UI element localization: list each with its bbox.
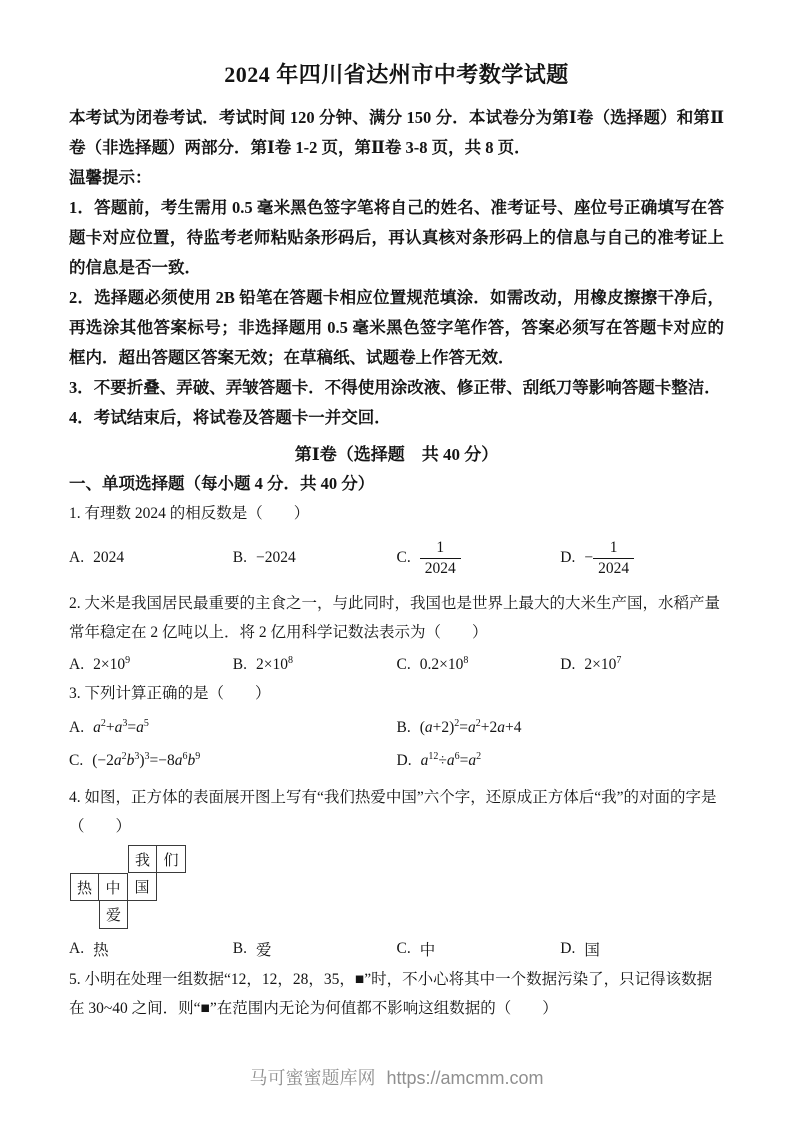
option-label: D. bbox=[560, 656, 575, 674]
option-c: C. 12024 bbox=[397, 539, 561, 578]
site-name: 马可蜜蜜题库网 bbox=[249, 1068, 375, 1088]
option-a: A. 2×109 bbox=[69, 656, 233, 674]
option-value: 12024 bbox=[420, 539, 461, 578]
option-value: (a+2)2=a2+2a+4 bbox=[420, 719, 522, 737]
option-value: 0.2×108 bbox=[420, 656, 469, 674]
option-value: 2×107 bbox=[584, 656, 621, 674]
net-cell-ai: 爱 bbox=[99, 901, 128, 929]
option-label: A. bbox=[69, 940, 84, 958]
options-row: A. 热 B. 爱 C. 中 D. 国 bbox=[69, 938, 724, 960]
option-b: B. 爱 bbox=[233, 938, 397, 960]
question-stem: 3. 下列计算正确的是（ ） bbox=[69, 679, 724, 708]
net-cell-zhong: 中 bbox=[99, 873, 128, 901]
question-stem: 5. 小明在处理一组数据“12，12，28，35，■”时，不小心将其中一个数据污… bbox=[69, 965, 724, 1023]
option-value: a12÷a6=a2 bbox=[421, 752, 482, 770]
option-b: B. (a+2)2=a2+2a+4 bbox=[397, 719, 725, 737]
option-label: A. bbox=[69, 719, 84, 737]
option-d: D. −12024 bbox=[560, 539, 724, 578]
option-value: 2×108 bbox=[256, 656, 293, 674]
option-b: B. −2024 bbox=[233, 549, 397, 567]
options-row: A. 2024 B. −2024 C. 12024 D. −12024 bbox=[69, 532, 724, 584]
option-value: 2024 bbox=[93, 549, 124, 567]
net-cell-wo: 我 bbox=[128, 845, 157, 873]
question-2: 2. 大米是我国居民最重要的主食之一，与此同时，我国也是世界上最大的大米生产国，… bbox=[69, 589, 724, 674]
section-1-heading: 第Ⅰ卷（选择题 共 40 分） bbox=[69, 440, 724, 465]
cube-net-figure: 我 们 热 中 国 爱 bbox=[70, 845, 724, 929]
option-value: 中 bbox=[420, 938, 436, 960]
option-value: 国 bbox=[584, 938, 600, 960]
option-label: C. bbox=[397, 549, 411, 567]
tips-heading: 温馨提示： bbox=[69, 163, 724, 193]
tip-item-2: 2．选择题必须使用 2B 铅笔在答题卡相应位置规范填涂．如需改动，用橡皮擦擦干净… bbox=[69, 283, 724, 373]
option-a: A. 2024 bbox=[69, 549, 233, 567]
option-d: D. 国 bbox=[560, 938, 724, 960]
option-value: 2×109 bbox=[93, 656, 130, 674]
paper-title: 2024 年四川省达州市中考数学试题 bbox=[69, 58, 724, 89]
question-4: 4. 如图，正方体的表面展开图上写有“我们热爱中国”六个字，还原成正方体后“我”… bbox=[69, 783, 724, 960]
options-row: A. 2×109 B. 2×108 C. 0.2×108 D. 2×107 bbox=[69, 656, 724, 674]
net-cell-re: 热 bbox=[70, 873, 99, 901]
option-b: B. 2×108 bbox=[233, 656, 397, 674]
option-d: D. a12÷a6=a2 bbox=[397, 752, 725, 770]
option-label: A. bbox=[69, 656, 84, 674]
option-value: −2024 bbox=[256, 549, 296, 567]
option-label: D. bbox=[560, 549, 575, 567]
option-label: A. bbox=[69, 549, 84, 567]
option-d: D. 2×107 bbox=[560, 656, 724, 674]
option-a: A. 热 bbox=[69, 938, 233, 960]
option-value: 热 bbox=[93, 938, 109, 960]
question-3: 3. 下列计算正确的是（ ） A. a2+a3=a5 B. (a+2)2=a2+… bbox=[69, 679, 724, 778]
option-a: A. a2+a3=a5 bbox=[69, 719, 397, 737]
option-label: D. bbox=[560, 940, 575, 958]
net-cell-guo: 国 bbox=[128, 873, 157, 901]
option-label: C. bbox=[397, 940, 411, 958]
question-stem: 1. 有理数 2024 的相反数是（ ） bbox=[69, 499, 724, 528]
footer-watermark: 马可蜜蜜题库网 https://amcmm.com bbox=[0, 1064, 793, 1090]
question-1: 1. 有理数 2024 的相反数是（ ） A. 2024 B. −2024 C.… bbox=[69, 499, 724, 584]
tip-item-1: 1．答题前，考生需用 0.5 毫米黑色签字笔将自己的姓名、准考证号、座位号正确填… bbox=[69, 193, 724, 283]
option-c: C. 中 bbox=[397, 938, 561, 960]
option-label: B. bbox=[397, 719, 411, 737]
tip-item-4: 4．考试结束后，将试卷及答题卡一并交回． bbox=[69, 403, 724, 433]
option-label: D. bbox=[397, 752, 412, 770]
option-value: a2+a3=a5 bbox=[93, 719, 149, 737]
question-stem: 4. 如图，正方体的表面展开图上写有“我们热爱中国”六个字，还原成正方体后“我”… bbox=[69, 783, 724, 841]
options-grid: A. a2+a3=a5 B. (a+2)2=a2+2a+4 C. (−2a2b3… bbox=[69, 712, 724, 778]
option-label: B. bbox=[233, 656, 247, 674]
part-1-heading: 一、单项选择题（每小题 4 分．共 40 分） bbox=[69, 470, 724, 494]
question-5: 5. 小明在处理一组数据“12，12，28，35，■”时，不小心将其中一个数据污… bbox=[69, 965, 724, 1023]
option-value: 爱 bbox=[256, 938, 272, 960]
exam-page: 2024 年四川省达州市中考数学试题 本考试为闭卷考试．考试时间 120 分钟、… bbox=[0, 0, 793, 1023]
site-url: https://amcmm.com bbox=[386, 1068, 543, 1088]
net-cell-men: 们 bbox=[157, 845, 186, 873]
option-label: C. bbox=[69, 752, 83, 770]
question-stem: 2. 大米是我国居民最重要的主食之一，与此同时，我国也是世界上最大的大米生产国，… bbox=[69, 589, 724, 647]
option-label: B. bbox=[233, 940, 247, 958]
option-label: B. bbox=[233, 549, 247, 567]
option-c: C. 0.2×108 bbox=[397, 656, 561, 674]
tip-item-3: 3．不要折叠、弄破、弄皱答题卡．不得使用涂改液、修正带、刮纸刀等影响答题卡整洁． bbox=[69, 373, 724, 403]
exam-intro: 本考试为闭卷考试．考试时间 120 分钟、满分 150 分．本试卷分为第Ⅰ卷（选… bbox=[69, 103, 724, 163]
option-value: (−2a2b3)3=−8a6b9 bbox=[92, 752, 200, 770]
option-value: −12024 bbox=[584, 539, 634, 578]
option-label: C. bbox=[397, 656, 411, 674]
option-c: C. (−2a2b3)3=−8a6b9 bbox=[69, 752, 397, 770]
